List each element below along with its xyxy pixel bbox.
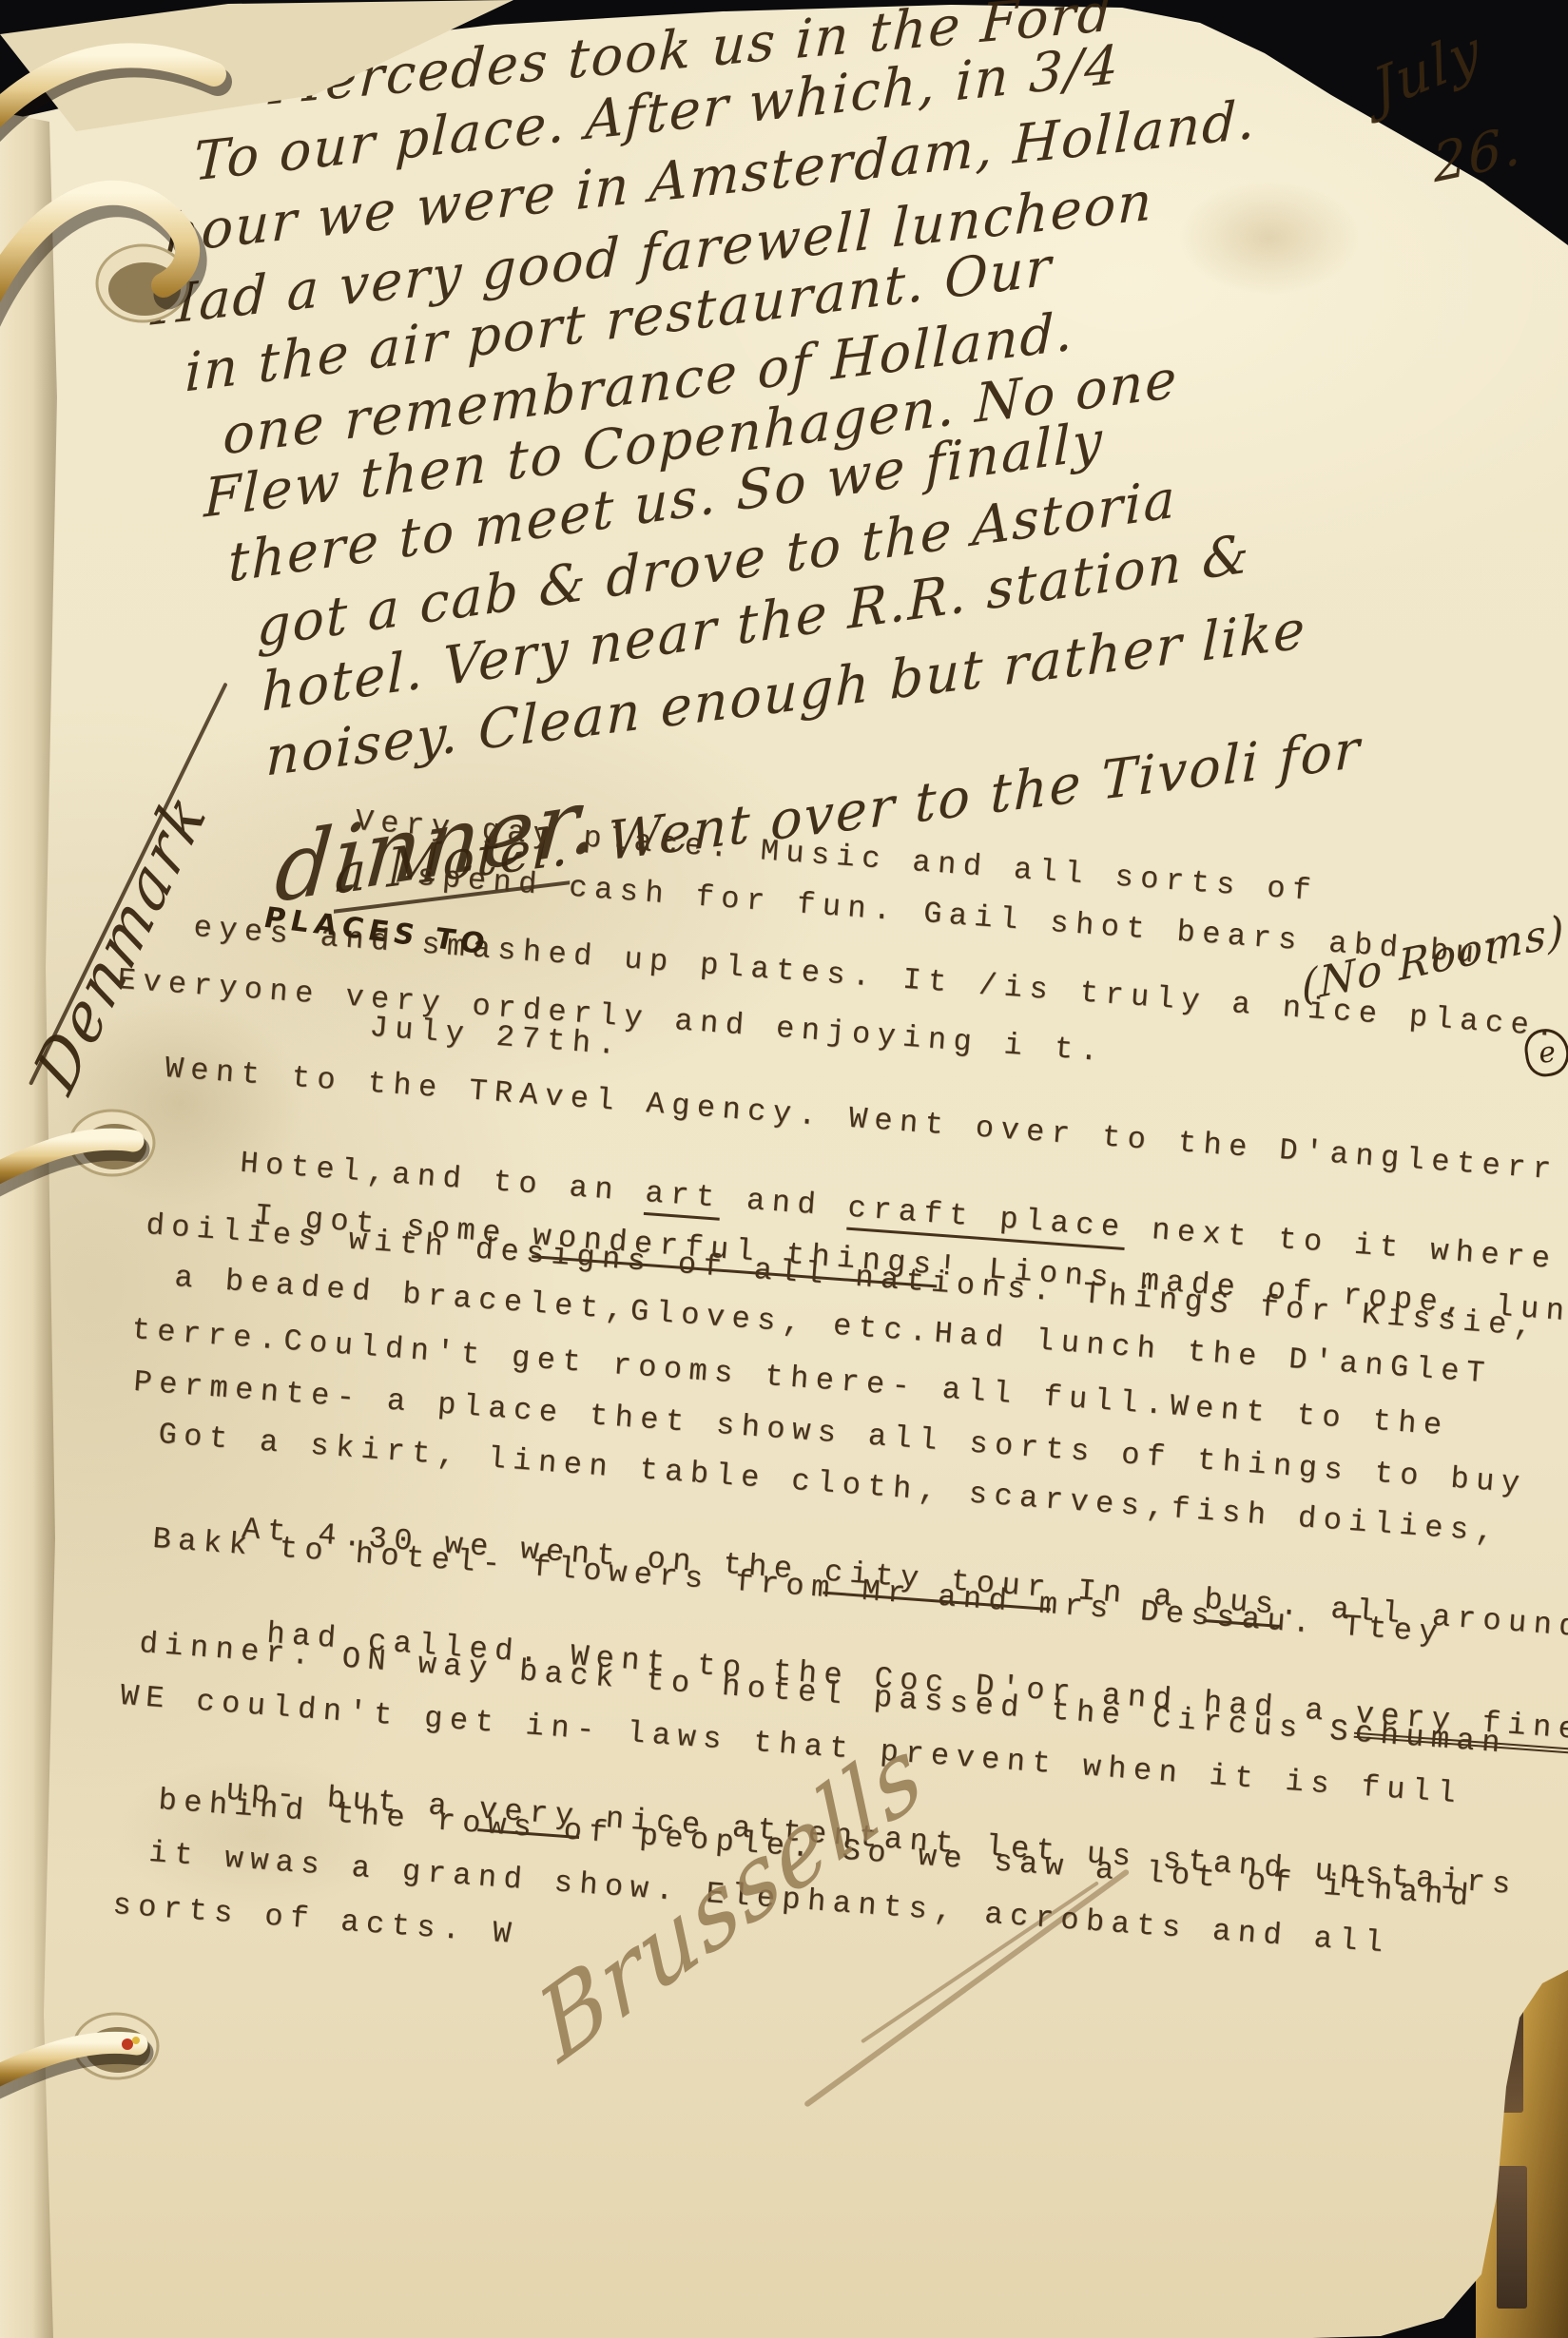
inserted-letter: e [1537,1034,1558,1070]
photo-sliver [1497,2166,1527,2309]
photo-of-diary-page: Mercedes took us in the Ford To our plac… [0,0,1568,2338]
margin-date-july: July [1367,16,1487,123]
margin-date-26: 26. [1431,114,1524,195]
